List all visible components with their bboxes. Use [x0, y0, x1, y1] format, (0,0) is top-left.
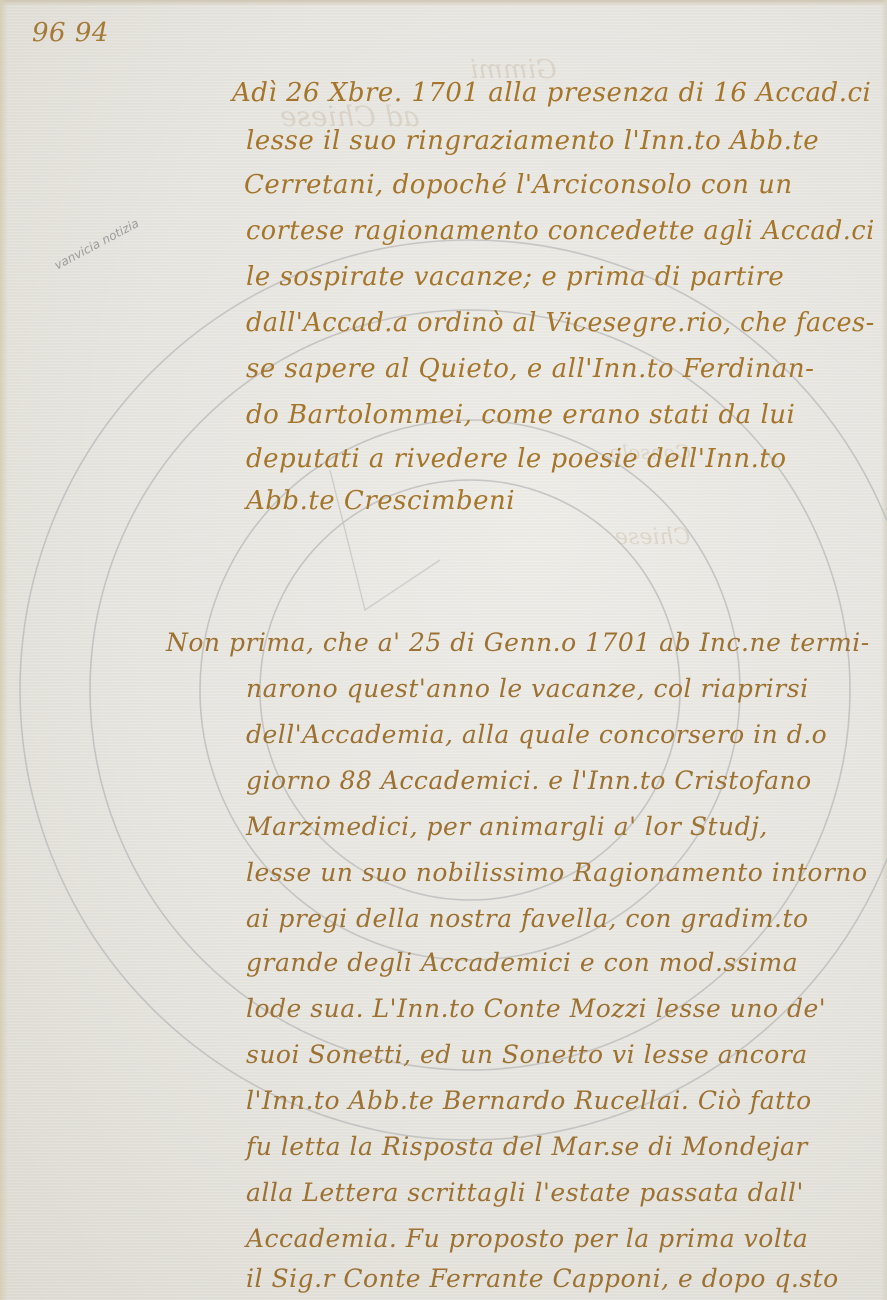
- bleed-through-text: Chiese: [615, 525, 690, 550]
- text-line: lesse il suo ringraziamento l'Inn.to Abb…: [246, 128, 819, 154]
- text-line: alla Lettera scrittagli l'estate passata…: [246, 1180, 804, 1205]
- text-line: il Sig.r Conte Ferrante Capponi, e dopo …: [246, 1266, 839, 1291]
- pencil-margin-note: vanvicia notizia: [52, 216, 141, 272]
- text-line: se sapere al Quieto, e all'Inn.to Ferdin…: [246, 356, 814, 382]
- paper-right-edge: [881, 0, 887, 1300]
- text-line: fu letta la Risposta del Mar.se di Monde…: [246, 1134, 808, 1159]
- text-line: lode sua. L'Inn.to Conte Mozzi lesse uno…: [246, 996, 826, 1021]
- text-line: deputati a rivedere le poesie dell'Inn.t…: [246, 446, 787, 472]
- text-line: Cerretani, dopoché l'Arciconsolo con un: [244, 172, 793, 198]
- text-line: l'Inn.to Abb.te Bernardo Rucellai. Ciò f…: [246, 1088, 812, 1113]
- text-line: dall'Accad.a ordinò al Vicesegre.rio, ch…: [246, 310, 875, 336]
- text-line: Accademia. Fu proposto per la prima volt…: [246, 1226, 808, 1251]
- text-line: giorno 88 Accademici. e l'Inn.to Cristof…: [246, 768, 812, 793]
- manuscript-page: Gimmi Consolo Chiese ad Chiese 96 94 van…: [0, 0, 887, 1300]
- text-line: Abb.te Crescimbeni: [246, 488, 515, 514]
- text-line: ai pregi della nostra favella, con gradi…: [246, 906, 809, 931]
- text-line: cortese ragionamento concedette agli Acc…: [246, 218, 875, 244]
- text-line: narono quest'anno le vacanze, col riapri…: [246, 676, 809, 701]
- paper-left-edge: [0, 0, 8, 1300]
- text-line: do Bartolommei, come erano stati da lui: [246, 402, 795, 428]
- text-line: suoi Sonetti, ed un Sonetto vi lesse anc…: [246, 1042, 808, 1067]
- text-line: Marzimedici, per animargli a' lor Studj,: [246, 814, 768, 839]
- text-line: le sospirate vacanze; e prima di partire: [246, 264, 784, 290]
- text-line: Adì 26 Xbre. 1701 alla presenza di 16 Ac…: [232, 80, 871, 106]
- text-line: Non prima, che a' 25 di Genn.o 1701 ab I…: [166, 630, 870, 655]
- paper-top-edge: [0, 0, 887, 6]
- text-line: lesse un suo nobilissimo Ragionamento in…: [246, 860, 868, 885]
- folio-number: 96 94: [32, 18, 109, 48]
- text-line: dell'Accademia, alla quale concorsero in…: [246, 722, 827, 747]
- text-line: grande degli Accademici e con mod.ssima: [246, 950, 798, 975]
